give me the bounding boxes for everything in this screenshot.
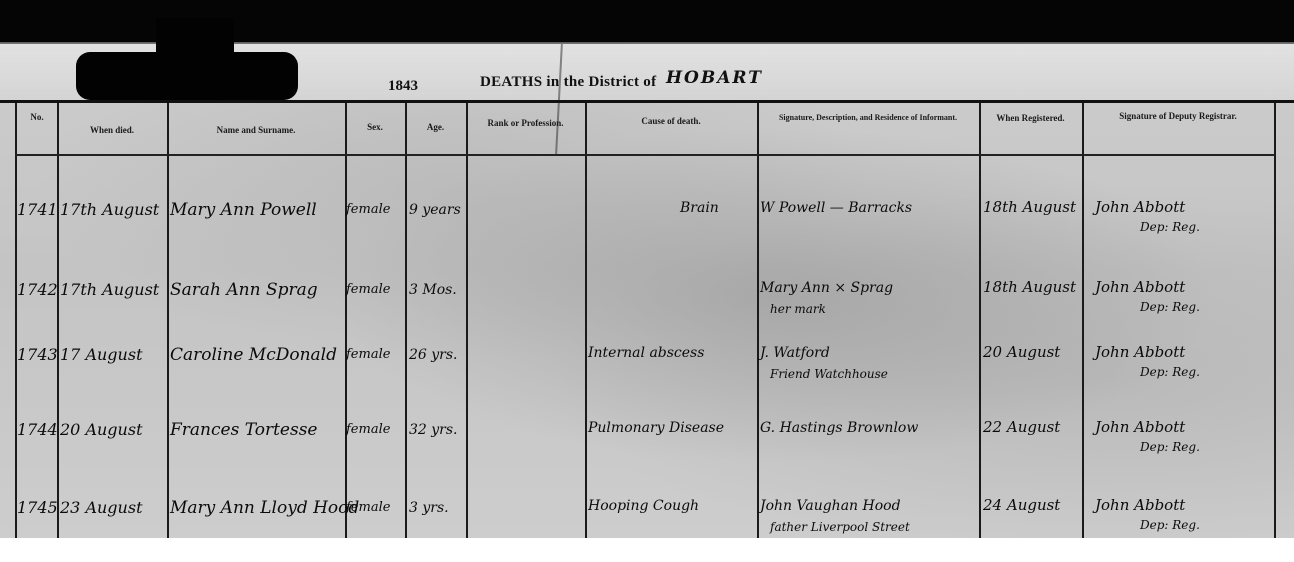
registrar-title: Dep: Reg. [1140,365,1200,379]
informant: Mary Ann × Sprag [760,280,893,296]
date-of-death: 23 August [60,498,143,517]
registrar-signature: John Abbott [1095,198,1185,216]
date-of-death: 20 August [60,420,143,439]
col-header-no: No. [15,112,59,122]
registrar-title: Dep: Reg. [1140,518,1200,532]
date-registered: 22 August [983,418,1060,436]
name-and-surname: Sarah Ann Sprag [170,280,318,300]
col-header-rank: Rank or Profession. [466,118,585,128]
sex: female [346,347,390,362]
column-divider [1082,103,1084,538]
col-header-cause: Cause of death. [585,116,757,126]
header-bottom-rule [15,154,1275,156]
date-of-death: 17th August [60,280,159,299]
column-divider [1274,103,1276,538]
col-header-age: Age. [405,122,466,132]
column-divider [757,103,759,538]
age: 32 yrs. [409,422,458,438]
entry-number: 1744 [17,420,58,439]
informant-description: Friend Watchhouse [770,367,888,381]
col-header-registered: When Registered. [979,113,1082,123]
sex: female [346,422,390,437]
date-of-death: 17th August [60,200,159,219]
sex: female [346,202,390,217]
cause-of-death: Hooping Cough [588,498,699,514]
name-and-surname: Mary Ann Lloyd Hood [170,498,359,518]
registrar-signature: John Abbott [1095,418,1185,436]
column-divider [345,103,347,538]
informant-description: her mark [770,302,826,316]
date-registered: 18th August [983,278,1076,296]
registrar-title: Dep: Reg. [1140,300,1200,314]
registrar-signature: John Abbott [1095,343,1185,361]
date-of-death: 17 August [60,345,143,364]
column-divider [405,103,407,538]
redaction-block [76,52,298,100]
registrar-signature: John Abbott [1095,278,1185,296]
col-header-when-died: When died. [57,125,167,135]
register-district: HOBART [666,68,763,88]
col-header-name: Name and Surname. [167,125,345,135]
registrar-title: Dep: Reg. [1140,440,1200,454]
age: 3 Mos. [409,282,457,298]
name-and-surname: Mary Ann Powell [170,200,317,220]
registrar-title: Dep: Reg. [1140,220,1200,234]
date-registered: 24 August [983,496,1060,514]
entry-number: 1741 [17,200,58,219]
col-header-informant: Signature, Description, and Residence of… [757,113,979,122]
informant: W Powell — Barracks [760,200,912,216]
entry-number: 1743 [17,345,58,364]
column-divider [15,103,17,538]
column-divider [57,103,59,538]
informant: John Vaughan Hood [760,498,901,514]
registrar-signature: John Abbott [1095,496,1185,514]
column-divider [466,103,468,538]
sex: female [346,500,390,515]
date-registered: 20 August [983,343,1060,361]
register-page-scan: 1843 DEATHS in the District of HOBART No… [0,0,1294,538]
register-title: DEATHS in the District of [480,74,656,91]
informant: J. Watford [760,345,830,361]
entry-number: 1742 [17,280,58,299]
entry-number: 1745 [17,498,58,517]
informant: G. Hastings Brownlow [760,420,918,436]
cause-of-death: Brain [680,200,719,216]
name-and-surname: Caroline McDonald [170,345,337,365]
informant-description: father Liverpool Street [770,520,910,534]
cause-of-death: Internal abscess [588,345,704,361]
column-divider [167,103,169,538]
header-rule [0,100,1294,103]
age: 9 years [409,202,461,218]
name-and-surname: Frances Tortesse [170,420,318,440]
cause-of-death: Pulmonary Disease [588,420,724,436]
sex: female [346,282,390,297]
age: 3 yrs. [409,500,449,516]
column-divider [585,103,587,538]
col-header-sex: Sex. [345,122,405,132]
date-registered: 18th August [983,198,1076,216]
col-header-registrar: Signature of Deputy Registrar. [1082,111,1274,121]
register-year: 1843 [388,78,418,95]
column-divider [979,103,981,538]
age: 26 yrs. [409,347,458,363]
